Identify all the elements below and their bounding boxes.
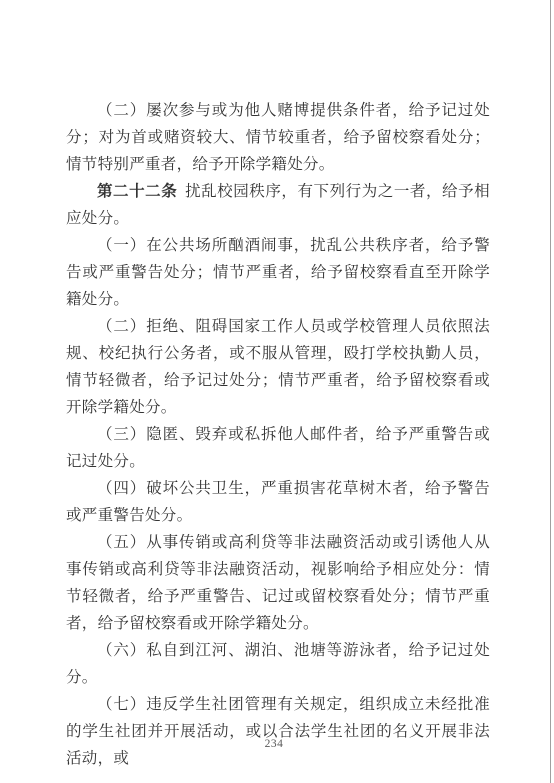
paragraph-text: （五）从事传销或高利贷等非法融资活动或引诱他人从事传销或高利贷等非法融资活动，视…	[66, 534, 490, 632]
document-body-text: （二）屡次参与或为他人赌博提供条件者，给予记过处分；对为首或赌资较大、情节较重者…	[66, 97, 490, 772]
paragraph-text: （四）破坏公共卫生，严重损害花草树木者，给予警告或严重警告处分。	[66, 480, 490, 524]
document-page: （二）屡次参与或为他人赌博提供条件者，给予记过处分；对为首或赌资较大、情节较重者…	[0, 0, 554, 783]
article-number-bold: 第二十二条	[97, 183, 177, 200]
paragraph-item-2-gambling: （二）屡次参与或为他人赌博提供条件者，给予记过处分；对为首或赌资较大、情节较重者…	[66, 97, 490, 178]
page-number: 234	[0, 738, 548, 750]
paragraph-text: （六）私自到江河、湖泊、池塘等游泳者，给予记过处分。	[66, 642, 490, 686]
paragraph-text: （七）违反学生社团管理有关规定，组织成立未经批准的学生社团并开展活动，或以合法学…	[66, 696, 490, 767]
paragraph-text: （二）屡次参与或为他人赌博提供条件者，给予记过处分；对为首或赌资较大、情节较重者…	[66, 102, 490, 173]
page-edge-divider	[550, 0, 551, 783]
paragraph-text: （二）拒绝、阻碍国家工作人员或学校管理人员依照法规、校纪执行公务者，或不服从管理…	[66, 318, 490, 416]
paragraph-item-4-public-hygiene: （四）破坏公共卫生，严重损害花草树木者，给予警告或严重警告处分。	[66, 475, 490, 529]
paragraph-article-22: 第二十二条扰乱校园秩序，有下列行为之一者，给予相应处分。	[66, 178, 490, 232]
paragraph-item-7-student-clubs: （七）违反学生社团管理有关规定，组织成立未经批准的学生社团并开展活动，或以合法学…	[66, 691, 490, 772]
paragraph-text: （三）隐匿、毁弃或私拆他人邮件者，给予严重警告或记过处分。	[66, 426, 490, 470]
paragraph-item-1-drunk-disorder: （一）在公共场所酗酒闹事，扰乱公共秩序者，给予警告或严重警告处分；情节严重者，给…	[66, 232, 490, 313]
paragraph-text: （一）在公共场所酗酒闹事，扰乱公共秩序者，给予警告或严重警告处分；情节严重者，给…	[66, 237, 490, 308]
paragraph-item-5-pyramid-scheme: （五）从事传销或高利贷等非法融资活动或引诱他人从事传销或高利贷等非法融资活动，视…	[66, 529, 490, 637]
paragraph-item-6-swimming: （六）私自到江河、湖泊、池塘等游泳者，给予记过处分。	[66, 637, 490, 691]
paragraph-item-2-obstruction: （二）拒绝、阻碍国家工作人员或学校管理人员依照法规、校纪执行公务者，或不服从管理…	[66, 313, 490, 421]
paragraph-item-3-mail: （三）隐匿、毁弃或私拆他人邮件者，给予严重警告或记过处分。	[66, 421, 490, 475]
